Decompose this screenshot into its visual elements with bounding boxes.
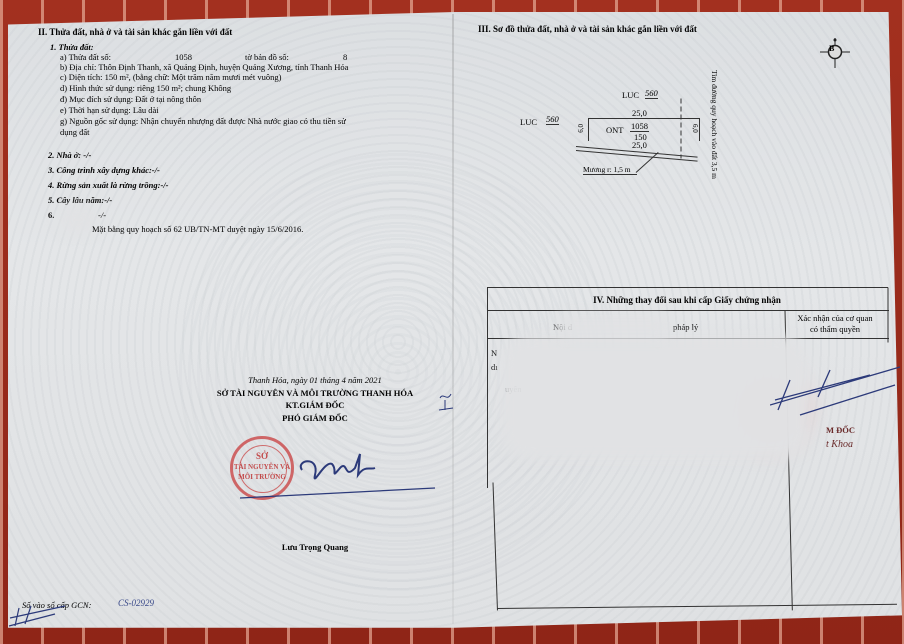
changes-table-title: IV. Những thay đổi sau khi cấp Giấy chứn… <box>487 295 887 305</box>
table-title-divider <box>487 310 889 311</box>
col2-header-line-2: có thẩm quyền <box>780 324 890 334</box>
section-iii-title: III. Sơ đồ thửa đất, nhà ở và tài sản kh… <box>478 24 697 34</box>
parcel-type: ONT <box>606 125 623 135</box>
usage-term: e) Thời hạn sử dụng: Lâu dài <box>60 105 159 115</box>
canal-label-underline <box>583 174 637 175</box>
page-fold <box>452 14 454 624</box>
item-other-construction: 3. Công trình xây dựng khác:-/- <box>48 165 160 175</box>
bottom-length: 25,0 <box>632 140 647 150</box>
parcel-number: 1058 <box>175 52 192 62</box>
role-deputy-director: PHÓ GIÁM ĐỐC <box>200 413 430 423</box>
signer-name: Lưu Trọng Quang <box>200 542 430 552</box>
top-length: 25,0 <box>632 108 647 118</box>
item-perennial-trees: 5. Cây lâu năm:-/- <box>48 195 112 205</box>
redacted-header <box>555 315 670 337</box>
left-neighbor-number: 560 <box>546 114 559 125</box>
item-notes-suffix: -/- <box>98 210 106 220</box>
top-neighbor-number: 560 <box>645 88 658 99</box>
left-neighbor-code: LUC <box>520 117 537 127</box>
top-neighbor-code: LUC <box>622 90 639 100</box>
usage-purpose: đ) Mục đích sử dụng: Đất ở tại nông thôn <box>60 94 201 104</box>
col2-header-line-1: Xác nhận của cơ quan <box>780 313 890 323</box>
item-notes-number: 6. <box>48 210 54 220</box>
registry-initials <box>5 598 75 628</box>
usage-form: d) Hình thức sử dụng: riêng 150 m²; chun… <box>60 83 231 93</box>
north-label: B <box>829 44 834 54</box>
redacted-content <box>500 335 810 460</box>
left-width: 6,0 <box>576 124 586 133</box>
initials-mark <box>437 390 457 412</box>
land-heading: 1. Thửa đất: <box>50 42 94 52</box>
map-sheet-label: tờ bản đồ số: <box>245 52 289 62</box>
director-signature <box>240 440 440 500</box>
confirmation-role-fragment: M ĐỐC <box>826 425 855 435</box>
road-label: Tim đường quy hoạch vào đất 3,5 m <box>710 70 719 179</box>
origin-line-2: dụng đất <box>60 127 90 137</box>
area: c) Diện tích: 150 m², (bằng chữ: Một tră… <box>60 72 281 82</box>
north-arrow-icon <box>820 38 850 68</box>
agency-name: SỞ TÀI NGUYÊN VÀ MÔI TRƯỜNG THANH HÓA <box>170 388 460 398</box>
address: b) Địa chỉ: Thôn Định Thanh, xã Quảng Đị… <box>60 62 348 72</box>
confirmation-signature <box>770 365 900 425</box>
row-fragment-2: dı <box>491 362 498 372</box>
road-centerline <box>681 99 682 159</box>
row-fragment-1: N <box>491 348 497 358</box>
right-width: 6,0 <box>690 124 700 133</box>
registry-number: CS-02929 <box>118 598 154 608</box>
place-date: Thanh Hóa, ngày 01 tháng 4 năm 2021 <box>200 375 430 385</box>
parcel-label: a) Thửa đất số: <box>60 52 111 62</box>
origin-line-1: g) Nguồn gốc sử dụng: Nhận chuyển nhượng… <box>60 116 346 126</box>
confirmation-name-fragment: t Khoa <box>826 440 853 450</box>
role-acting-director: KT.GIÁM ĐỐC <box>200 400 430 410</box>
col1-header-end: pháp lý <box>673 322 698 332</box>
planning-note: Mặt bằng quy hoạch số 62 UB/TN-MT duyệt … <box>92 224 303 234</box>
parcel-number-diagram: 1058 <box>630 121 649 132</box>
section-ii-title: II. Thửa đất, nhà ở và tài sản khác gắn … <box>38 27 232 37</box>
item-house: 2. Nhà ở: -/- <box>48 150 91 160</box>
map-sheet-number: 8 <box>343 52 347 62</box>
item-production-forest: 4. Rừng sản xuất là rừng trồng:-/- <box>48 180 168 190</box>
